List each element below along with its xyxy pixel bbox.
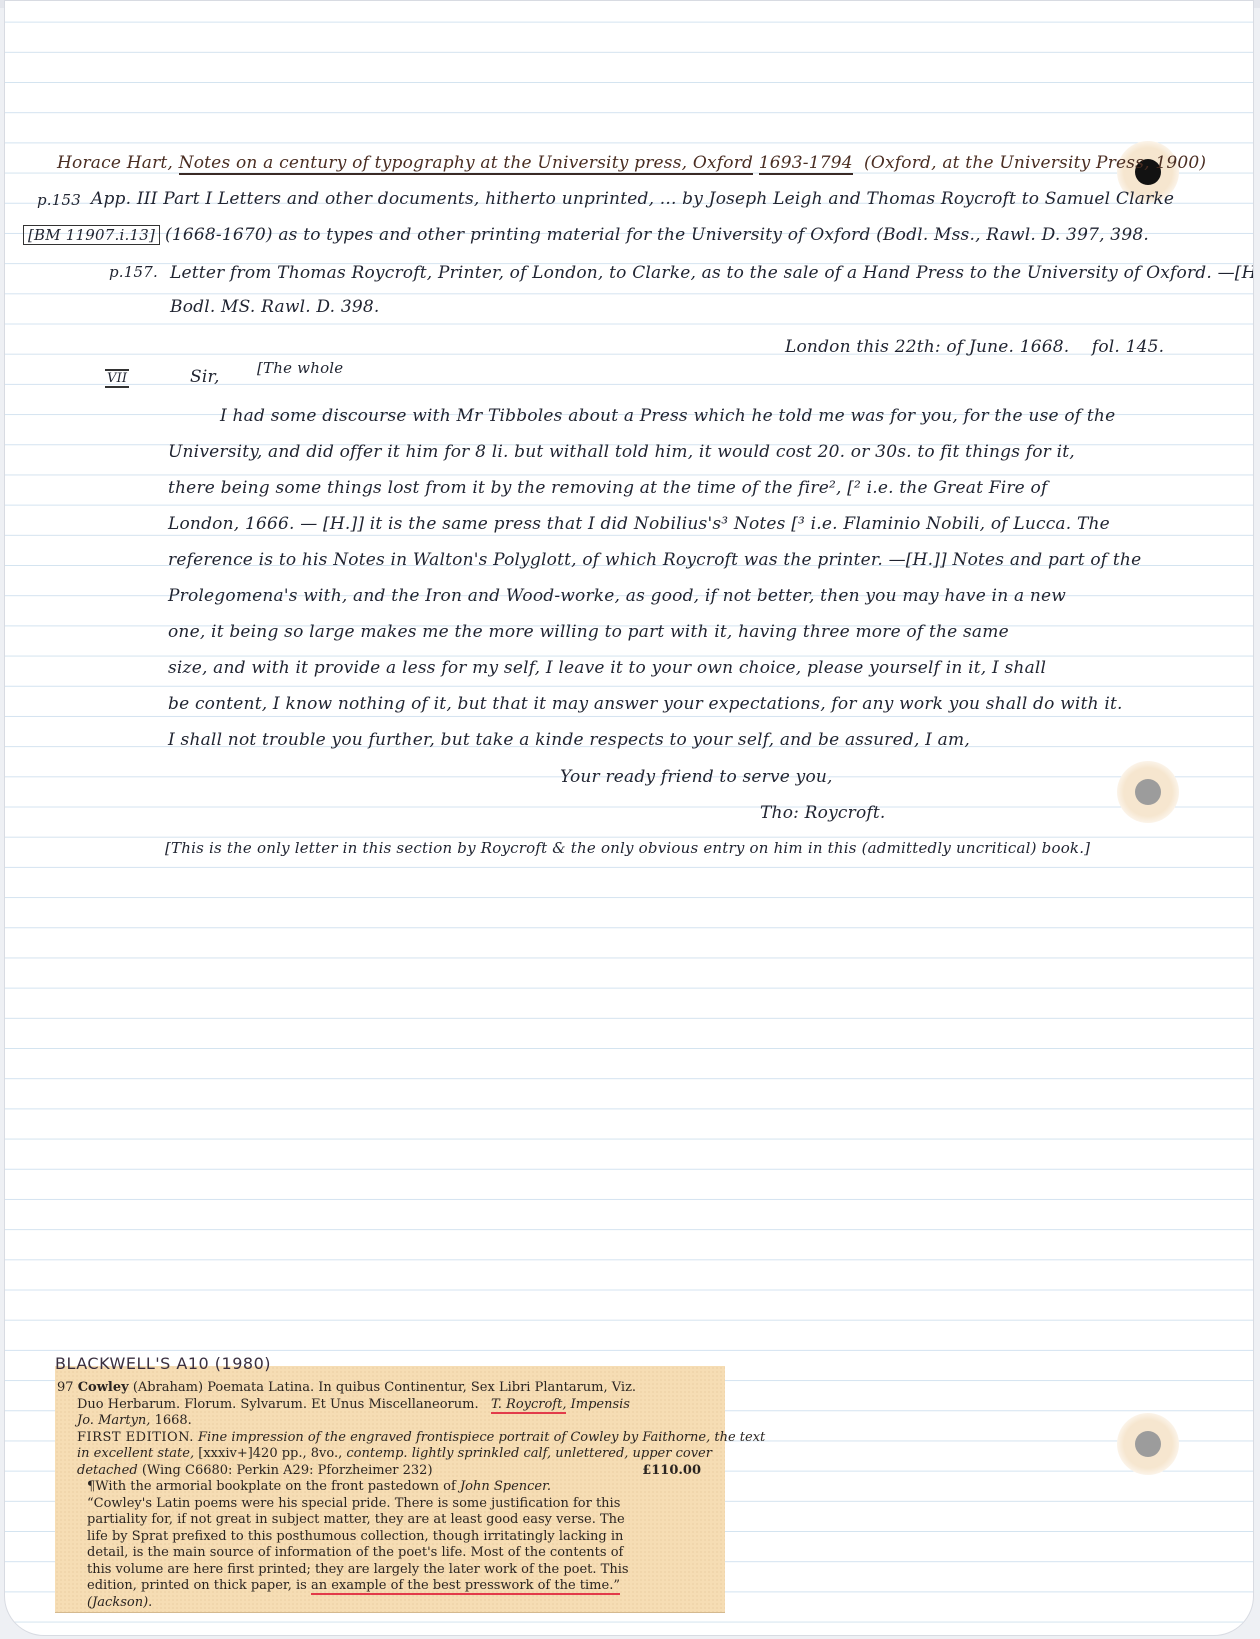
letter-line: be content, I know nothing of it, but th… xyxy=(168,694,1123,714)
letter-signature: Tho: Roycroft. xyxy=(760,803,886,823)
quote-line: “Cowley's Latin poems were his special p… xyxy=(87,1496,620,1513)
desc-line-2a: in excellent state, xyxy=(77,1446,194,1461)
quote-line: detail, is the main source of informatio… xyxy=(87,1545,623,1562)
clipping-source-label: BLACKWELL'S A10 (1980) xyxy=(55,1354,271,1373)
letter-line: I shall not trouble you further, but tak… xyxy=(168,730,970,750)
provenance-a: ¶With the armorial bookplate on the fron… xyxy=(87,1479,456,1494)
dateline-text: London this 22th: of June. 1668. xyxy=(785,337,1069,357)
letter-closing: Your ready friend to serve you, xyxy=(560,767,833,787)
letter-salutation: Sir, xyxy=(190,367,220,387)
entry-date-range: (1668-1670) as to types and other printi… xyxy=(165,225,1149,245)
letter-line: one, it being so large makes me the more… xyxy=(168,622,1009,642)
citation-author: Horace Hart, xyxy=(57,153,173,173)
desc-line-3a: detached xyxy=(77,1463,138,1478)
citation-title: Notes on a century of typography at the … xyxy=(179,153,753,175)
quote-last-a: edition, printed on thick paper, is xyxy=(87,1578,307,1593)
entry-ms-ref: Bodl. MS. Rawl. D. 398. xyxy=(170,297,380,317)
letter-line: Prolegomena's with, and the Iron and Woo… xyxy=(168,586,1066,606)
letter-line: I had some discourse with Mr Tibboles ab… xyxy=(220,406,1115,426)
lot-title-2: Duo Herbarum. Florum. Sylvarum. Et Unus … xyxy=(77,1397,479,1412)
catalogue-clipping: BLACKWELL'S A10 (1980) 97 Cowley (Abraha… xyxy=(55,1366,725,1612)
quote-line: this volume are here first printed; they… xyxy=(87,1562,629,1579)
letter-dateline: London this 22th: of June. 1668. fol. 14… xyxy=(785,337,1164,357)
punch-hole-bottom xyxy=(1117,1413,1179,1475)
quote-line: life by Sprat prefixed to this posthumou… xyxy=(87,1529,623,1546)
entry-letter: Letter from Thomas Roycroft, Printer, of… xyxy=(170,263,1254,283)
desc-line-3b: (Wing C6680: Perkin A29: Pforzheimer 232… xyxy=(142,1463,433,1478)
quote-attribution: (Jackson). xyxy=(87,1595,152,1610)
citation-imprint: (Oxford, at the University Press, 1900) xyxy=(864,153,1206,173)
margin-shelfmark: [BM 11907.i.13] xyxy=(23,225,160,245)
desc-line-2b: [xxxiv+]420 pp., 8vo., xyxy=(198,1446,342,1461)
bracket-note: [The whole xyxy=(257,359,343,377)
margin-page-ref-153: p.153 xyxy=(37,191,81,209)
citation-years: 1693-1794 xyxy=(759,153,853,175)
letter-line: University, and did offer it him for 8 l… xyxy=(168,442,1075,462)
letter-line: London, 1666. — [H.]] it is the same pre… xyxy=(168,514,1110,534)
margin-section-number: VII xyxy=(105,369,129,388)
lot-author: Cowley xyxy=(78,1380,129,1395)
edition-label: FIRST EDITION. xyxy=(77,1430,194,1445)
lot-printer: T. Roycroft, xyxy=(491,1397,566,1414)
citation: Horace Hart, Notes on a century of typog… xyxy=(57,153,1206,173)
lot-number: 97 xyxy=(57,1380,74,1395)
entry-appendix: App. III Part I Letters and other docume… xyxy=(91,189,1174,209)
annotation-note: [This is the only letter in this section… xyxy=(165,839,1090,857)
lot-impensis: Impensis xyxy=(571,1397,630,1412)
letter-line: reference is to his Notes in Walton's Po… xyxy=(168,550,1141,570)
quote-line: partiality for, if not great in subject … xyxy=(87,1512,625,1529)
quote-last-b-underlined: an example of the best presswork of the … xyxy=(311,1578,620,1595)
letter-line: there being some things lost from it by … xyxy=(168,478,1047,498)
desc-line-2c: contemp. lightly sprinkled calf, unlette… xyxy=(346,1446,712,1461)
lot-title-1: (Abraham) Poemata Latina. In quibus Cont… xyxy=(133,1380,636,1395)
lot-year: 1668. xyxy=(155,1413,192,1428)
punch-hole-middle xyxy=(1117,761,1179,823)
note-card: Horace Hart, Notes on a century of typog… xyxy=(4,0,1254,1636)
lot-price: £110.00 xyxy=(642,1463,701,1480)
lot-imprint: Jo. Martyn, xyxy=(77,1413,150,1428)
margin-page-ref-157: p.157. xyxy=(109,263,158,281)
provenance-b: John Spencer. xyxy=(460,1479,551,1494)
desc-line-1: Fine impression of the engraved frontisp… xyxy=(198,1430,765,1445)
letter-line: size, and with it provide a less for my … xyxy=(168,658,1046,678)
folio-ref: fol. 145. xyxy=(1092,337,1164,357)
